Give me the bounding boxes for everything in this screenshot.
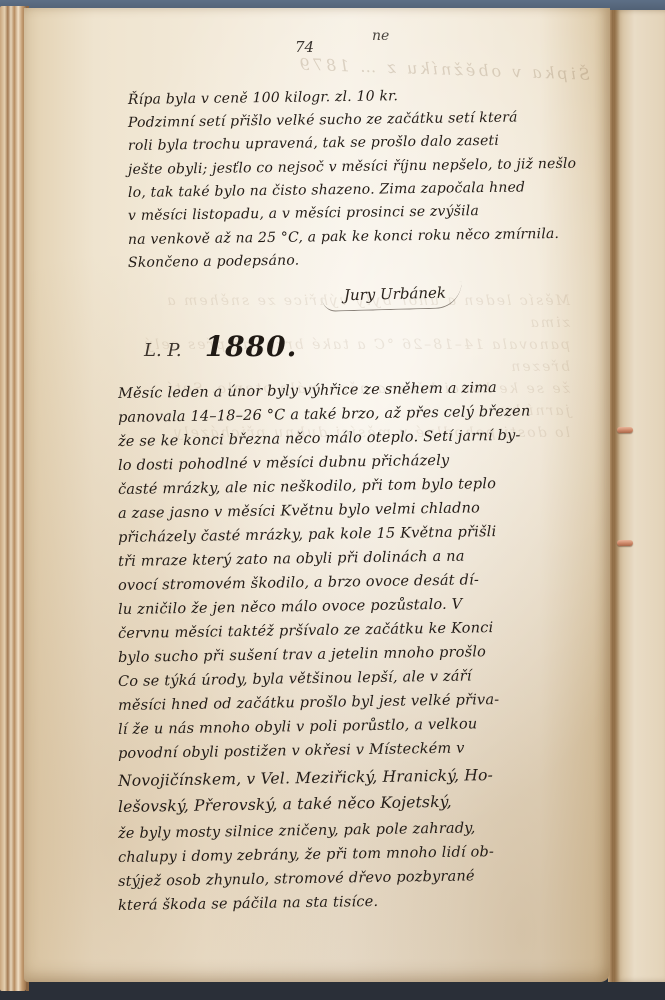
manuscript-photo: Šipka v oběžníku z … 1879 Měsíc leden a … — [0, 0, 665, 1000]
binding-staple-icon — [617, 540, 633, 546]
left-page-edges — [0, 6, 26, 991]
binding-staple-icon — [617, 427, 633, 433]
signature: Jury Urbánek — [322, 281, 463, 312]
year-prefix: L. P. — [144, 340, 182, 361]
folio-annotation: ne — [372, 28, 389, 44]
text-line: Skončeno a podepsáno. — [128, 253, 300, 271]
facing-page-edge — [614, 10, 665, 982]
folio-number: 74 — [295, 38, 314, 56]
year-number: 1880. — [205, 330, 298, 363]
year-heading: L. P. 1880. — [144, 330, 297, 363]
